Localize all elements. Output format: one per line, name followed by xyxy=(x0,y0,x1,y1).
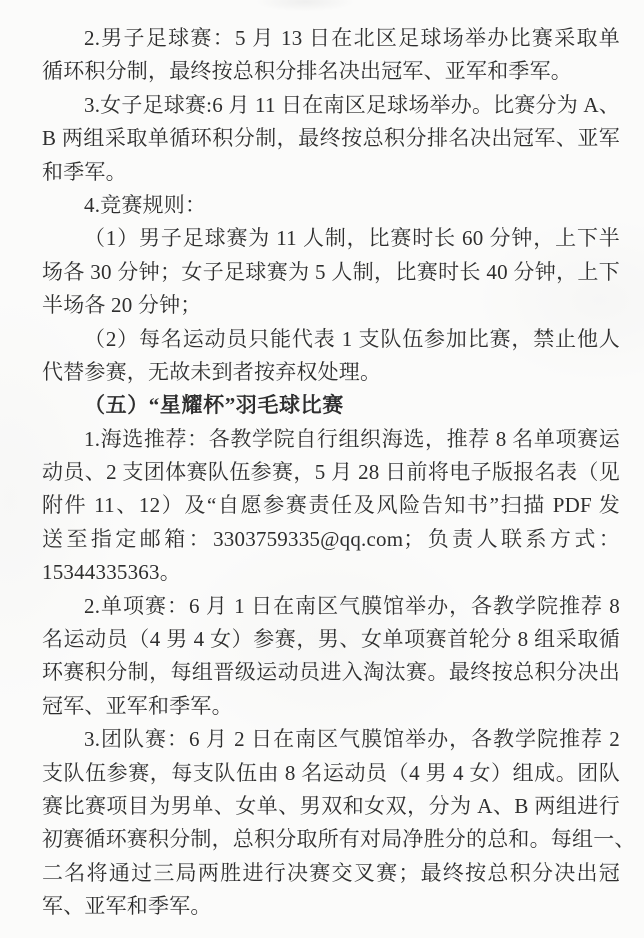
text-line: 代替参赛，无故未到者按弃权处理。 xyxy=(42,356,620,389)
text-line: 和季军。 xyxy=(42,156,620,189)
paragraph: 3.团队赛：6 月 2 日在南区气膜馆举办，各教学院推荐 2支队伍参赛，每支队伍… xyxy=(42,723,620,923)
text-line: 场各 30 分钟；女子足球赛为 5 人制，比赛时长 40 分钟，上下 xyxy=(42,256,620,289)
text-line: 送至指定邮箱：3303759335@qq.com；负责人联系方式： xyxy=(42,523,620,556)
document-page: 2.男子足球赛：5 月 13 日在北区足球场举办比赛采取单循环积分制，最终按总积… xyxy=(0,0,644,938)
paragraph: 4.竞赛规则： xyxy=(42,189,620,222)
text-line: 2.男子足球赛：5 月 13 日在北区足球场举办比赛采取单 xyxy=(42,22,620,55)
text-line: （1）男子足球赛为 11 人制，比赛时长 60 分钟，上下半 xyxy=(42,222,620,255)
text-line: 3.团队赛：6 月 2 日在南区气膜馆举办，各教学院推荐 2 xyxy=(42,723,620,756)
document-body: 2.男子足球赛：5 月 13 日在北区足球场举办比赛采取单循环积分制，最终按总积… xyxy=(42,22,620,924)
text-line: 15344335363。 xyxy=(42,556,620,589)
text-line: （2）每名运动员只能代表 1 支队伍参加比赛，禁止他人 xyxy=(42,323,620,356)
text-line: 环赛积分制，每组晋级运动员进入淘汰赛。最终按总积分决出 xyxy=(42,656,620,689)
text-line: 二名将通过三局两胜进行决赛交叉赛；最终按总积分决出冠 xyxy=(42,857,620,890)
text-line: 1.海选推荐：各教学院自行组织海选，推荐 8 名单项赛运 xyxy=(42,423,620,456)
text-line: B 两组采取单循环积分制，最终按总积分排名决出冠军、亚军 xyxy=(42,122,620,155)
text-line: 名运动员（4 男 4 女）参赛，男、女单项赛首轮分 8 组采取循 xyxy=(42,623,620,656)
text-line: （五）“星耀杯”羽毛球比赛 xyxy=(42,389,620,422)
section-heading: （五）“星耀杯”羽毛球比赛 xyxy=(42,389,620,422)
text-line: 冠军、亚军和季军。 xyxy=(42,690,620,723)
text-line: 支队伍参赛，每支队伍由 8 名运动员（4 男 4 女）组成。团队 xyxy=(42,757,620,790)
text-line: 初赛循环赛积分制，总积分取所有对局净胜分的总和。每组一、 xyxy=(42,823,620,856)
text-line: 附件 11、12）及“自愿参赛责任及风险告知书”扫描 PDF 发 xyxy=(42,489,620,522)
text-line: 赛比赛项目为男单、女单、男双和女双，分为 A、B 两组进行 xyxy=(42,790,620,823)
text-line: 2.单项赛：6 月 1 日在南区气膜馆举办，各教学院推荐 8 xyxy=(42,590,620,623)
paragraph: 3.女子足球赛:6 月 11 日在南区足球场举办。比赛分为 A、B 两组采取单循… xyxy=(42,89,620,189)
text-line: 动员、2 支团体赛队伍参赛，5 月 28 日前将电子版报名表（见 xyxy=(42,456,620,489)
text-line: 4.竞赛规则： xyxy=(42,189,620,222)
text-line: 循环积分制，最终按总积分排名决出冠军、亚军和季军。 xyxy=(42,55,620,88)
text-line: 半场各 20 分钟； xyxy=(42,289,620,322)
paragraph: （2）每名运动员只能代表 1 支队伍参加比赛，禁止他人代替参赛，无故未到者按弃权… xyxy=(42,323,620,390)
text-line: 3.女子足球赛:6 月 11 日在南区足球场举办。比赛分为 A、 xyxy=(42,89,620,122)
paragraph: （1）男子足球赛为 11 人制，比赛时长 60 分钟，上下半场各 30 分钟；女… xyxy=(42,222,620,322)
paragraph: 2.男子足球赛：5 月 13 日在北区足球场举办比赛采取单循环积分制，最终按总积… xyxy=(42,22,620,89)
text-line: 军、亚军和季军。 xyxy=(42,890,620,923)
paragraph: 1.海选推荐：各教学院自行组织海选，推荐 8 名单项赛运动员、2 支团体赛队伍参… xyxy=(42,423,620,590)
paragraph: 2.单项赛：6 月 1 日在南区气膜馆举办，各教学院推荐 8名运动员（4 男 4… xyxy=(42,590,620,724)
